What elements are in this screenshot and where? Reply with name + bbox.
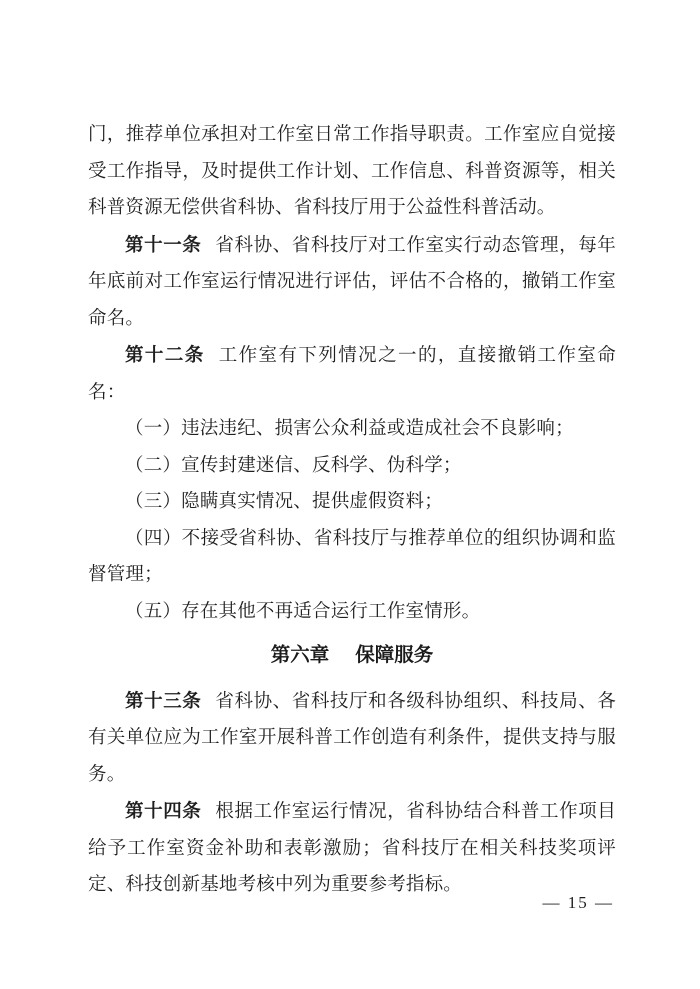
text-line: 年底前对工作室运行情况进行评估，评估不合格的，撤销工作室 [88,264,616,301]
chapter-title: 保障服务 [355,644,433,666]
article-text: 省科协、省科技厅对工作室实行动态管理，每年 [215,236,616,256]
list-item: （二）宣传封建迷信、反科学、伪科学； [88,448,616,485]
article-text: 工作室有下列情况之一的，直接撤销工作室命 [219,346,616,366]
text-line: 第十四条根据工作室运行情况，省科协结合科普工作项目 [88,793,616,831]
text-line: 第十二条工作室有下列情况之一的，直接撤销工作室命 [88,337,616,375]
text-line: 督管理； [88,557,616,594]
list-item: （一）违法违纪、损害公众利益或造成社会不良影响； [88,411,616,448]
text-line: 定、科技创新基地考核中列为重要参考指标。 [88,867,616,904]
article-number: 第十三条 [125,690,201,711]
article-number: 第十一条 [125,234,201,255]
text-line: 命名。 [88,301,616,338]
text-line: 第十一条省科协、省科技厅对工作室实行动态管理，每年 [88,227,616,265]
list-item: （四）不接受省科协、省科技厅与推荐单位的组织协调和监 [88,521,616,558]
chapter-number: 第六章 [271,644,330,666]
text-line: 有关单位应为工作室开展科普工作创造有利条件，提供支持与服 [88,720,616,757]
chapter-heading: 第六章保障服务 [88,637,616,674]
text-line: 门，推荐单位承担对工作室日常工作指导职责。工作室应自觉接 [88,117,616,154]
article-number: 第十二条 [125,344,205,365]
text-line: 名： [88,375,616,412]
article-text: 根据工作室运行情况，省科协结合科普工作项目 [215,802,616,822]
list-item: （五）存在其他不再适合运行工作室情形。 [88,594,616,631]
text-line: 务。 [88,757,616,794]
article-number: 第十四条 [125,800,201,821]
page-number: — 15 — [543,893,615,913]
document-page: 门，推荐单位承担对工作室日常工作指导职责。工作室应自觉接 受工作指导，及时提供工… [0,0,700,989]
text-line: 给予工作室资金补助和表彰激励；省科技厅在相关科技奖项评 [88,831,616,868]
text-line: 受工作指导，及时提供工作计划、工作信息、科普资源等，相关 [88,154,616,191]
text-line: 第十三条省科协、省科技厅和各级科协组织、科技局、各 [88,683,616,721]
article-text: 省科协、省科技厅和各级科协组织、科技局、各 [215,692,616,712]
list-item: （三）隐瞒真实情况、提供虚假资料； [88,484,616,521]
text-line: 科普资源无偿供省科协、省科技厅用于公益性科普活动。 [88,190,616,227]
